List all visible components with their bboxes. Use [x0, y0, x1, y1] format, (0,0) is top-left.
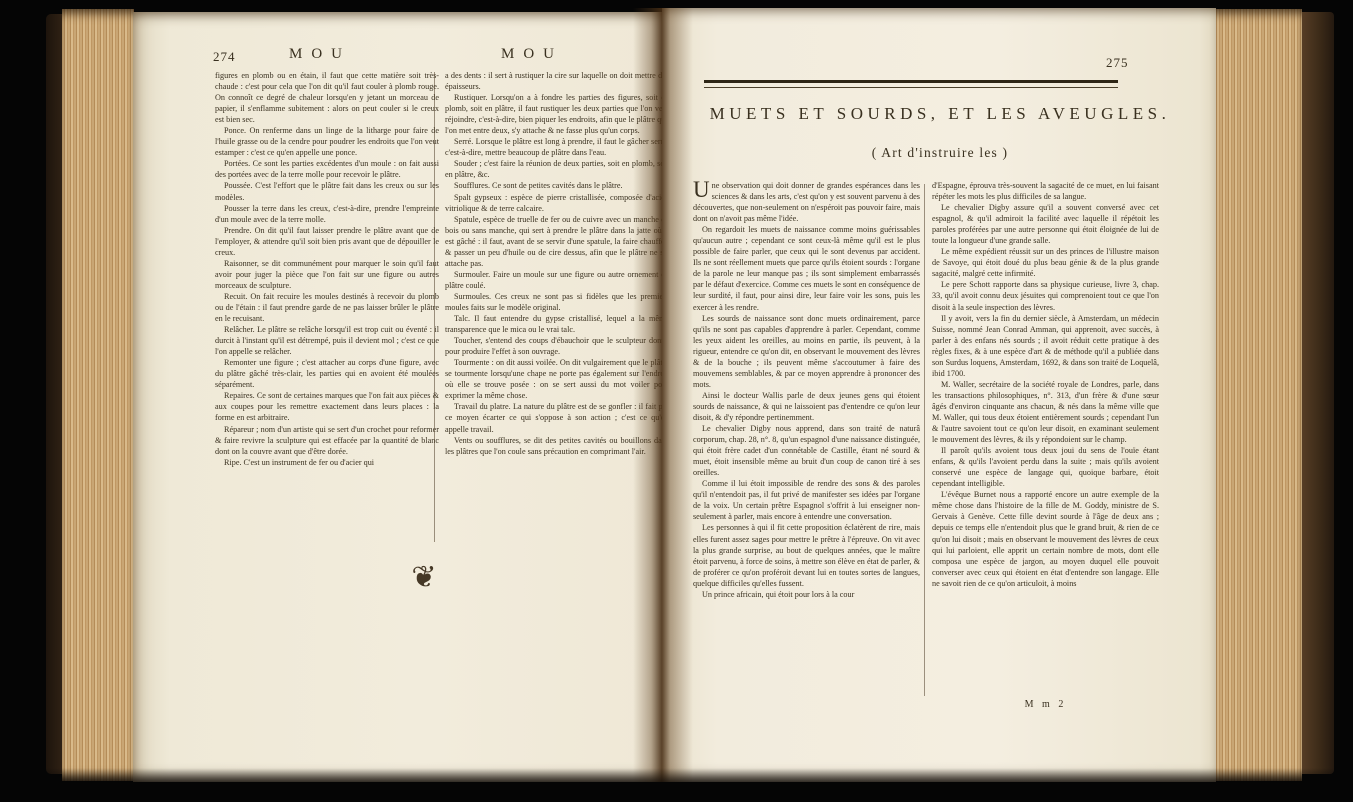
page-stack-right [1214, 9, 1302, 781]
gathering-signature: M m 2 [932, 699, 1159, 710]
paragraph: Il paroît qu'ils avoient tous deux joui … [932, 445, 1159, 489]
paragraph: Ripe. C'est un instrument de fer ou d'ac… [215, 457, 439, 468]
paragraph: Le chevalier Digby assure qu'il a souven… [932, 202, 1159, 246]
left-page: 274 MOU MOU figures en plomb ou en étain… [133, 12, 662, 782]
running-head-col1: MOU [250, 46, 390, 63]
page-stack-left [62, 9, 134, 781]
paragraph: Surmouler. Faire un moule sur une figure… [445, 269, 669, 291]
paragraph: Le même expédient réussit sur un des pri… [932, 246, 1159, 279]
paragraph: Remonter une figure ; c'est attacher au … [215, 357, 439, 390]
right-page-column-2: d'Espagne, éprouva très-souvent la sagac… [932, 180, 1159, 698]
running-head-col2: MOU [462, 46, 602, 63]
paragraph: Poussée. C'est l'effort que le plâtre fa… [215, 180, 439, 202]
paragraph: Spatule, espèce de truelle de fer ou de … [445, 214, 669, 269]
paragraph: Le pere Schott rapporte dans sa physique… [932, 279, 1159, 312]
paragraph: Relâcher. Le plâtre se relâche lorsqu'il… [215, 324, 439, 357]
paragraph: On regardoit les muets de naissance comm… [693, 224, 920, 312]
paragraph: Spalt gypseux : espèce de pierre cristal… [445, 192, 669, 214]
paragraph: Souder ; c'est faire la réunion de deux … [445, 158, 669, 180]
paragraph: Travail du platre. La nature du plâtre e… [445, 401, 669, 434]
paragraph: Toucher, s'entend des coups d'ébauchoir … [445, 335, 669, 357]
paragraph: d'Espagne, éprouva très-souvent la sagac… [932, 180, 1159, 202]
paragraph: Les personnes à qui il fit cette proposi… [693, 522, 920, 588]
paragraph: Ainsi le docteur Wallis parle de deux je… [693, 390, 920, 423]
page-number-left: 274 [213, 49, 236, 65]
right-page-column-1: Une observation qui doit donner de grand… [693, 180, 920, 710]
paragraph: Vents ou soufflures, se dit des petites … [445, 435, 669, 457]
paragraph: Talc. Il faut entendre du gypse cristall… [445, 313, 669, 335]
paragraph: Répareur ; nom d'un artiste qui se sert … [215, 424, 439, 457]
paragraph: Pousser la terre dans les creux, c'est-à… [215, 203, 439, 225]
paragraph: Comme il lui étoit impossible de rendre … [693, 478, 920, 522]
book-cover-right-edge [1299, 12, 1334, 774]
paragraph: Prendre. On dit qu'il faut laisser prend… [215, 225, 439, 258]
column-rule [434, 72, 435, 542]
article-title: MUETS ET SOURDS, ET LES AVEUGLES. [680, 104, 1200, 124]
paragraph: M. Waller, secrétaire de la société roya… [932, 379, 1159, 445]
paragraph: Les sourds de naissance sont donc muets … [693, 313, 920, 390]
fleuron-ornament: ❦ [354, 560, 494, 595]
paragraph: Recuit. On fait recuire les moules desti… [215, 291, 439, 324]
paragraph: Repaires. Ce sont de certaines marques q… [215, 390, 439, 423]
article-subtitle: ( Art d'instruire les ) [680, 145, 1200, 161]
paragraph: Raisonner, se dit communément pour marqu… [215, 258, 439, 291]
paragraph: Ponce. On renferme dans un linge de la l… [215, 125, 439, 158]
paragraph: Tourmente : on dit aussi voilée. On dit … [445, 357, 669, 401]
paragraph: figures en plomb ou en étain, il faut qu… [215, 70, 439, 125]
paragraph: Soufflures. Ce sont de petites cavités d… [445, 180, 669, 191]
left-page-column-1: figures en plomb ou en étain, il faut qu… [215, 70, 439, 554]
paragraph: L'évêque Burnet nous a rapporté encore u… [932, 489, 1159, 588]
paragraph: Le chevalier Digby nous apprend, dans so… [693, 423, 920, 478]
header-rule [704, 80, 1118, 88]
page-number-right: 275 [1106, 55, 1129, 71]
paragraph: a des dents : il sert à rustiquer la cir… [445, 70, 669, 92]
right-page: 275 MUETS ET SOURDS, ET LES AVEUGLES. ( … [662, 8, 1216, 782]
book-photo: 274 MOU MOU figures en plomb ou en étain… [0, 0, 1353, 802]
paragraph: Un prince africain, qui étoit pour lors … [693, 589, 920, 600]
column-rule [924, 184, 925, 696]
paragraph: Une observation qui doit donner de grand… [693, 180, 920, 224]
paragraph: Rustiquer. Lorsqu'on a à fondre les part… [445, 92, 669, 136]
paragraph: Portées. Ce sont les parties excédentes … [215, 158, 439, 180]
paragraph: Serré. Lorsque le plâtre est long à pren… [445, 136, 669, 158]
paragraph: Il y avoit, vers la fin du dernier siècl… [932, 313, 1159, 379]
paragraph: Surmoules. Ces creux ne sont pas si fidè… [445, 291, 669, 313]
left-page-column-2: a des dents : il sert à rustiquer la cir… [445, 70, 669, 540]
